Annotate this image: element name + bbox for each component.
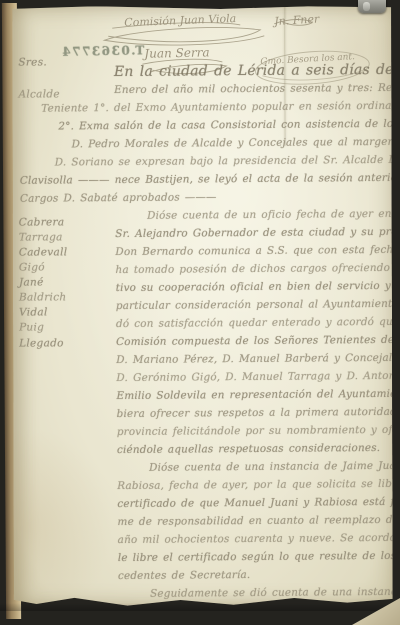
margin-name: Puig [19,321,44,333]
manuscript-paper: Comisión Juan Viola Jn. Fner Juan Serra … [12,6,393,607]
manuscript-line: dó con satisfacción quedar enterado y ac… [116,313,393,333]
paperclip-icon [358,0,386,13]
margin-name: Cabrera [19,216,65,228]
manuscript-line: D. Gerónimo Gigó, D. Manuel Tarraga y D.… [116,367,392,387]
margin-name: Cadevall [19,246,68,258]
header-annotation: Jn. Fner [274,13,320,28]
manuscript-line: particular consideración personal al Ayu… [116,295,393,315]
manuscript-line: le libre el certificado según lo que res… [118,547,393,567]
manuscript-line: tivo su cooperación oficial en bien del … [116,277,393,297]
manuscript-line: D. Mariano Pérez, D. Manuel Barberá y Co… [116,349,393,369]
scan-bottom-shadow [0,603,400,611]
paper-stain [12,426,114,606]
manuscript-line: Don Bernardo comunica a S.S. que con est… [115,241,392,261]
header-annotation: Juan Serra [144,45,209,60]
manuscript-body-text: En la ciudad de Lérida a seis días del m… [114,61,393,607]
margin-name: Llegado [19,337,64,349]
manuscript-line: Emilio Soldevila en representación del A… [116,385,392,405]
manuscript-line: En la ciudad de Lérida a seis días del m… [114,61,393,81]
margin-name: Jané [19,276,44,288]
paperclip-shine [363,2,370,11]
manuscript-line: Seguidamente se dió cuenta de una instan… [118,583,393,603]
margin-name: Sres. [18,56,47,68]
manuscript-line: provincia felicitándole por su nombramie… [117,421,393,441]
margin-name: Tarraga [19,231,63,243]
manuscript-line: ha tomado posesión de dichos cargos ofre… [115,259,392,279]
manuscript-line: certificado de que Manuel Juani y Rabios… [117,493,392,513]
manuscript-scan: Comisión Juan Viola Jn. Fner Juan Serra … [0,0,400,625]
manuscript-line: Dióse cuenta de un oficio fecha de ayer … [115,205,393,225]
manuscript-line: ciéndole aquellas respetuosas considerac… [117,439,393,459]
manuscript-line: Enero del año mil ochocientos sesenta y … [114,79,393,99]
manuscript-line: Comisión compuesta de los Señores Tenien… [116,331,393,351]
manuscript-line: Rabiosa, fecha de ayer, por la que solic… [117,475,393,495]
header-annotation: Comisión Juan Viola [124,12,236,29]
manuscript-line: año mil ochocientos cuarenta y nueve. Se… [118,529,393,549]
manuscript-line: me de responsabilidad en cuanto al reemp… [117,511,392,531]
manuscript-line: Dióse cuenta de una instancia de Jaime J… [117,457,393,477]
margin-name: Vidal [19,306,48,318]
manuscript-line: cedentes de Secretaría. [118,565,393,585]
mirrored-stamp-number: T.0363774 [34,43,144,59]
manuscript-line: Sr. Alejandro Gobernador de esta ciudad … [115,223,393,243]
margin-name: Gigó [19,261,45,273]
margin-name: Baldrich [19,291,67,303]
manuscript-line: biera ofrecer sus respetos a la primera … [117,403,393,423]
